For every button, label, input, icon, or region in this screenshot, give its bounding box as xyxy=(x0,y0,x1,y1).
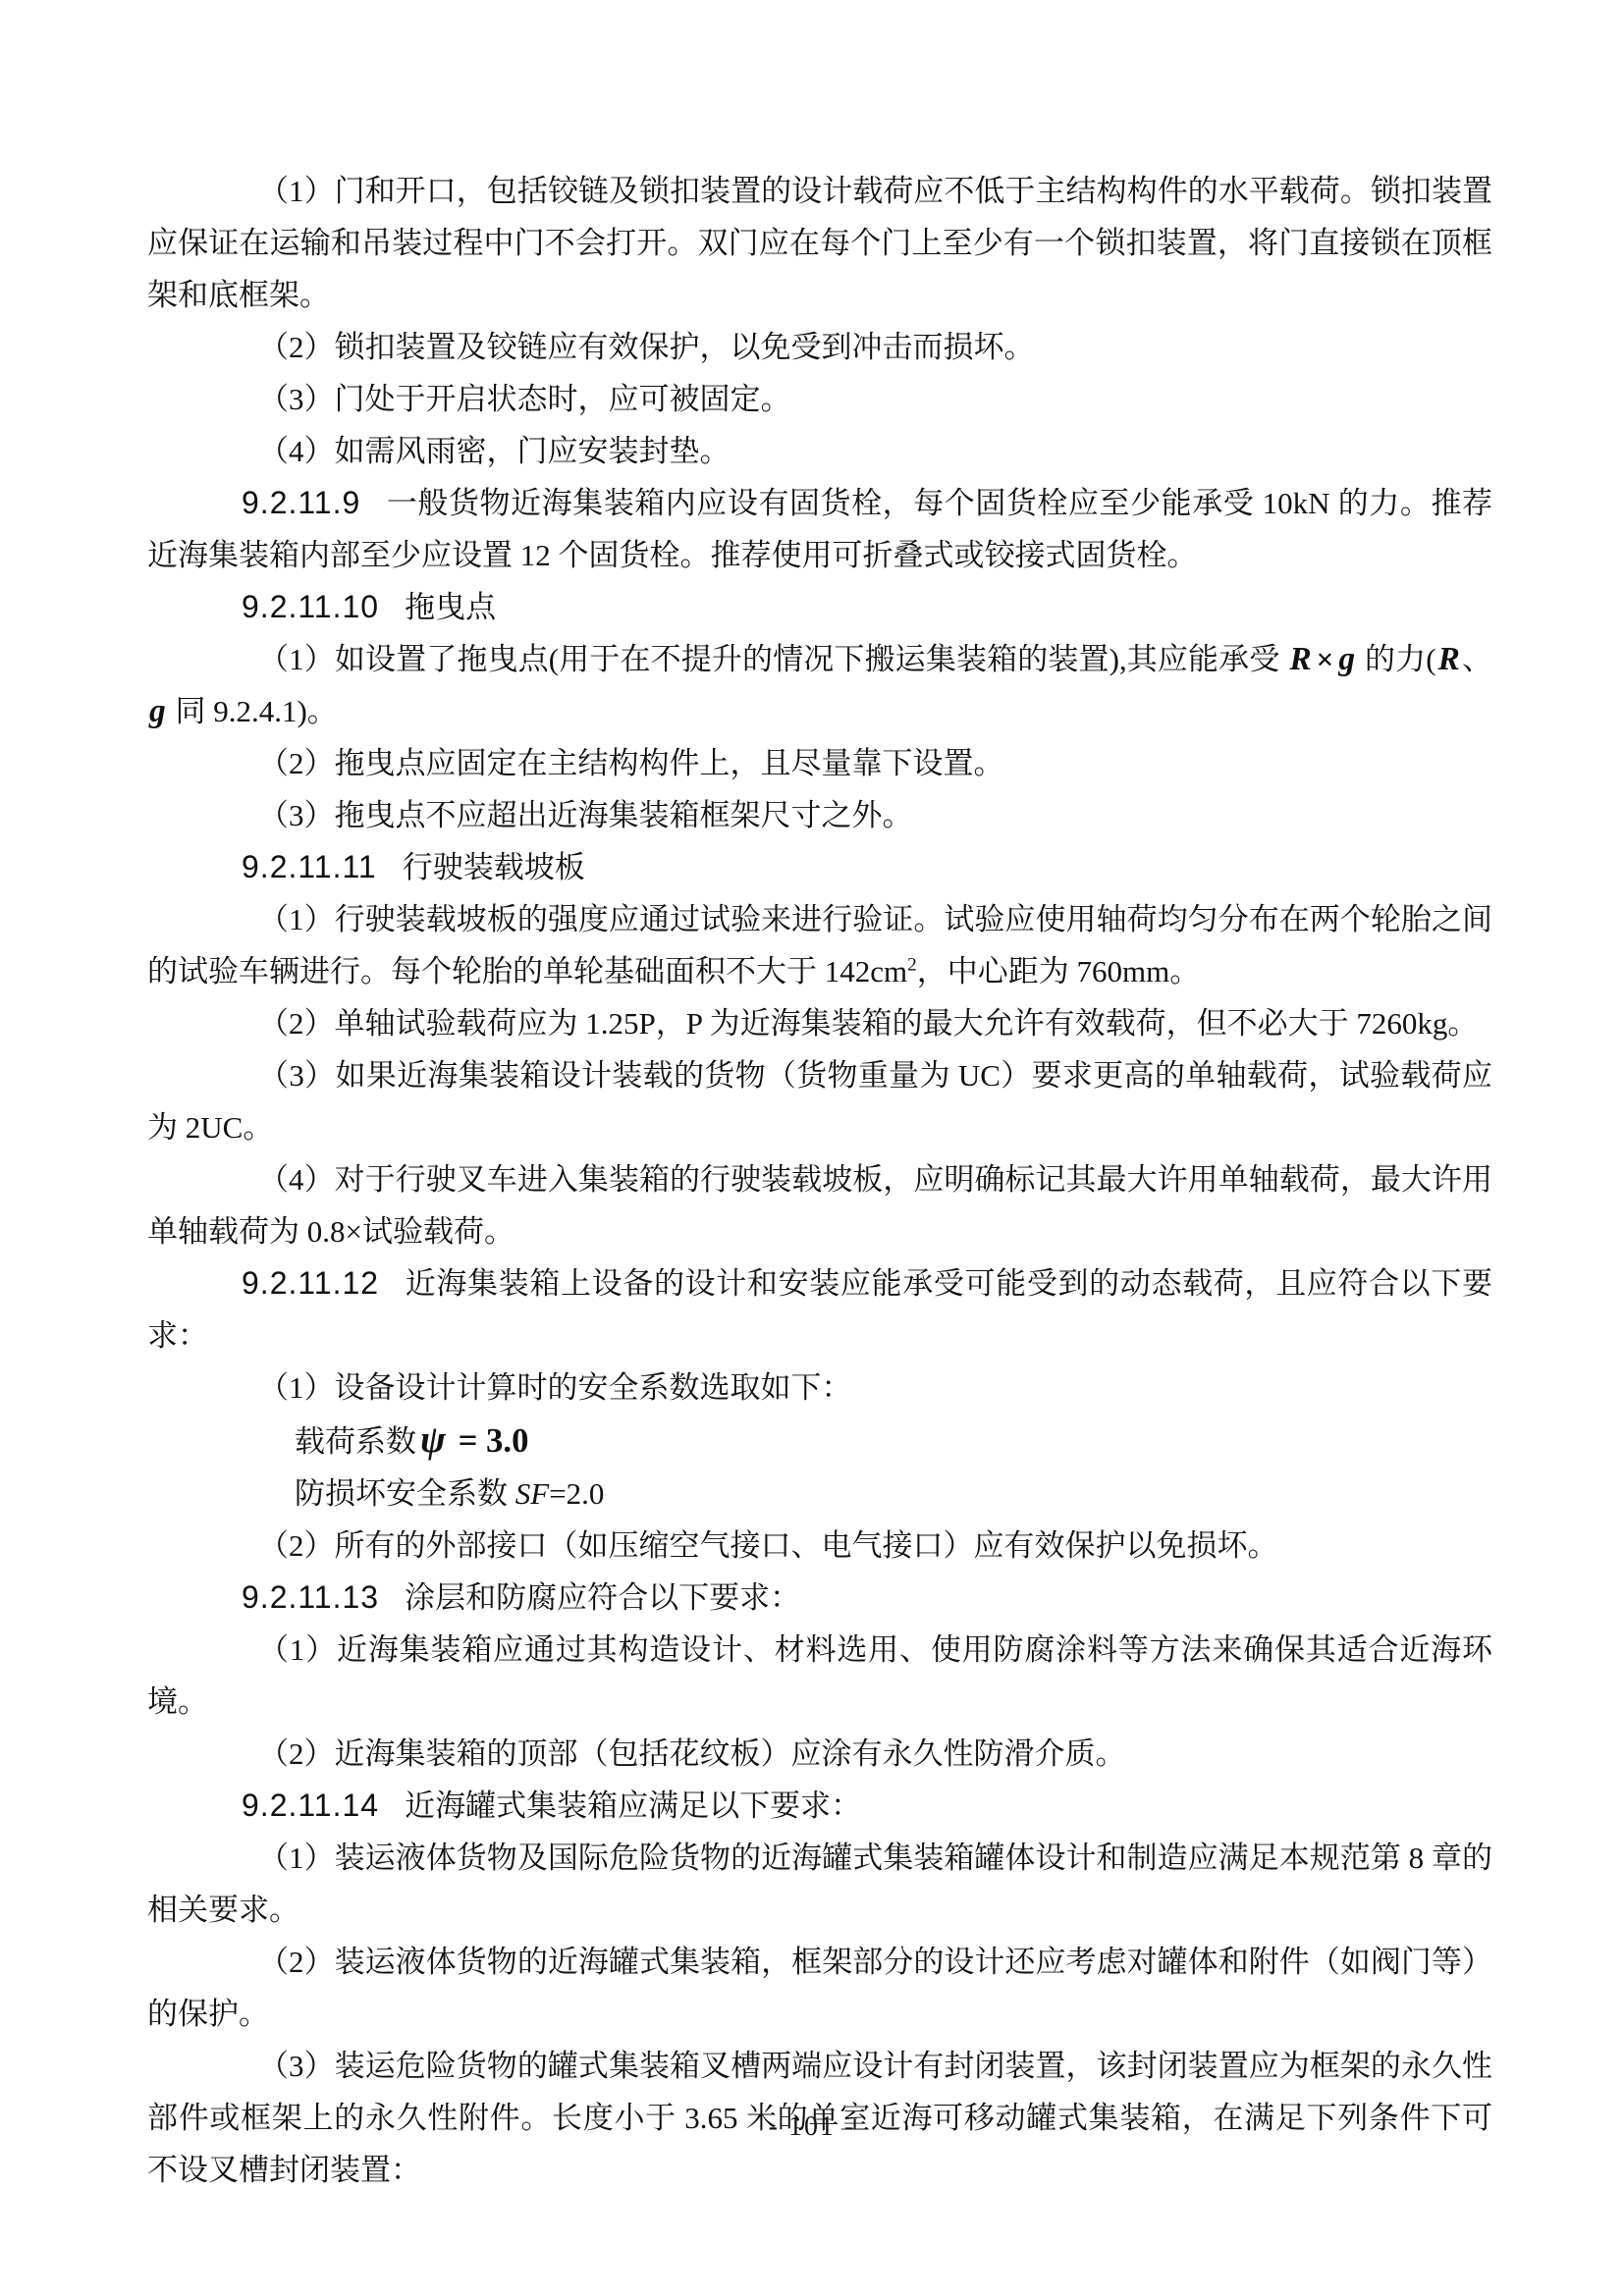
superscript: 2 xyxy=(907,955,917,976)
heading-text: 行驶装载坡板 xyxy=(403,850,585,884)
formula-line: 防损坏安全系数 SF=2.0 xyxy=(147,1468,1492,1520)
heading-number: 9.2.11.14 xyxy=(242,1788,379,1823)
clause-item: （1）如设置了拖曳点(用于在不提升的情况下搬运集装箱的装置),其应能承受 R×g… xyxy=(147,633,1492,737)
heading-number: 9.2.11.10 xyxy=(242,589,379,624)
section-heading: 9.2.11.9一般货物近海集装箱内应设有固货栓，每个固货栓应至少能承受 10k… xyxy=(147,477,1492,581)
section-heading: 9.2.11.10拖曳点 xyxy=(147,581,1492,633)
heading-number: 9.2.11.9 xyxy=(242,485,360,520)
clause-item: （3）门处于开启状态时，应可被固定。 xyxy=(147,373,1492,425)
clause-item: （4）如需风雨密，门应安装封垫。 xyxy=(147,425,1492,477)
section-heading: 9.2.11.14近海罐式集装箱应满足以下要求： xyxy=(147,1780,1492,1832)
equation-value: =2.0 xyxy=(549,1476,604,1511)
clause-item: （3）拖曳点不应超出近海集装箱框架尺寸之外。 xyxy=(147,789,1492,841)
clause-item: （1）近海集装箱应通过其构造设计、材料选用、使用防腐涂料等方法来确保其适合近海环… xyxy=(147,1624,1492,1728)
text-segment: 、 xyxy=(1462,642,1492,676)
text-segment: 防损坏安全系数 xyxy=(295,1476,515,1511)
math-symbol: g xyxy=(147,693,168,729)
clause-item: （2）装运液体货物的近海罐式集装箱，框架部分的设计还应考虑对罐体和附件（如阀门等… xyxy=(147,1936,1492,2040)
document-body: （1）门和开口，包括铰链及锁扣装置的设计载荷应不低于主结构构件的水平载荷。锁扣装… xyxy=(0,0,1624,2196)
sf-symbol: SF xyxy=(515,1476,549,1511)
page-number: - 101 - xyxy=(0,2101,1624,2153)
equation-value: = 3.0 xyxy=(450,1421,529,1460)
section-heading: 9.2.11.11行驶装载坡板 xyxy=(147,841,1492,893)
text-segment: 同 9.2.4.1)。 xyxy=(168,694,338,728)
clause-item: （2）近海集装箱的顶部（包括花纹板）应涂有永久性防滑介质。 xyxy=(147,1728,1492,1780)
heading-number: 9.2.11.13 xyxy=(242,1579,379,1615)
section-heading: 9.2.11.12近海集装箱上设备的设计和安装应能承受可能受到的动态载荷，且应符… xyxy=(147,1257,1492,1362)
heading-number: 9.2.11.12 xyxy=(242,1265,379,1301)
text-segment: ，中心距为 760mm。 xyxy=(917,954,1200,988)
math-symbol: R xyxy=(1287,641,1313,677)
clause-item: （1）装运液体货物及国际危险货物的近海罐式集装箱罐体设计和制造应满足本规范第 8… xyxy=(147,1832,1492,1936)
text-segment: 的力( xyxy=(1357,642,1435,676)
heading-text: 拖曳点 xyxy=(405,590,496,624)
text-segment: （1）行驶装载坡板的强度应通过试验来进行验证。试验应使用轴荷均匀分布在两个轮胎之… xyxy=(147,902,1492,988)
clause-item: （2）所有的外部接口（如压缩空气接口、电气接口）应有效保护以免损坏。 xyxy=(147,1520,1492,1572)
clause-item: （2）锁扣装置及铰链应有效保护，以免受到冲击而损坏。 xyxy=(147,321,1492,373)
heading-number: 9.2.11.11 xyxy=(242,849,377,884)
section-heading: 9.2.11.13涂层和防腐应符合以下要求： xyxy=(147,1572,1492,1624)
clause-item: （1）设备设计计算时的安全系数选取如下： xyxy=(147,1362,1492,1414)
clause-item: （4）对于行驶叉车进入集装箱的行驶装载坡板，应明确标记其最大许用单轴载荷，最大许… xyxy=(147,1153,1492,1257)
multiply-sign: × xyxy=(1314,642,1337,676)
text-segment: 载荷系数 xyxy=(295,1424,416,1459)
math-symbol: g xyxy=(1336,641,1357,677)
formula-line: 载荷系数ψ = 3.0 xyxy=(147,1414,1492,1468)
clause-item: （2）拖曳点应固定在主结构构件上，且尽量靠下设置。 xyxy=(147,737,1492,789)
clause-item: （1）行驶装载坡板的强度应通过试验来进行验证。试验应使用轴荷均匀分布在两个轮胎之… xyxy=(147,893,1492,997)
heading-text: 近海罐式集装箱应满足以下要求： xyxy=(405,1789,861,1823)
text-segment: （1）如设置了拖曳点(用于在不提升的情况下搬运集装箱的装置),其应能承受 xyxy=(258,642,1287,676)
document-page: （1）门和开口，包括铰链及锁扣装置的设计载荷应不低于主结构构件的水平载荷。锁扣装… xyxy=(0,0,1624,2296)
psi-symbol: ψ xyxy=(416,1418,450,1461)
clause-item: （1）门和开口，包括铰链及锁扣装置的设计载荷应不低于主结构构件的水平载荷。锁扣装… xyxy=(147,165,1492,321)
clause-item: （2）单轴试验载荷应为 1.25P，P 为近海集装箱的最大允许有效载荷，但不必大… xyxy=(147,997,1492,1049)
math-symbol: R xyxy=(1436,641,1462,677)
clause-item: （3）如果近海集装箱设计装载的货物（货物重量为 UC）要求更高的单轴载荷，试验载… xyxy=(147,1049,1492,1153)
heading-text: 涂层和防腐应符合以下要求： xyxy=(405,1580,800,1615)
